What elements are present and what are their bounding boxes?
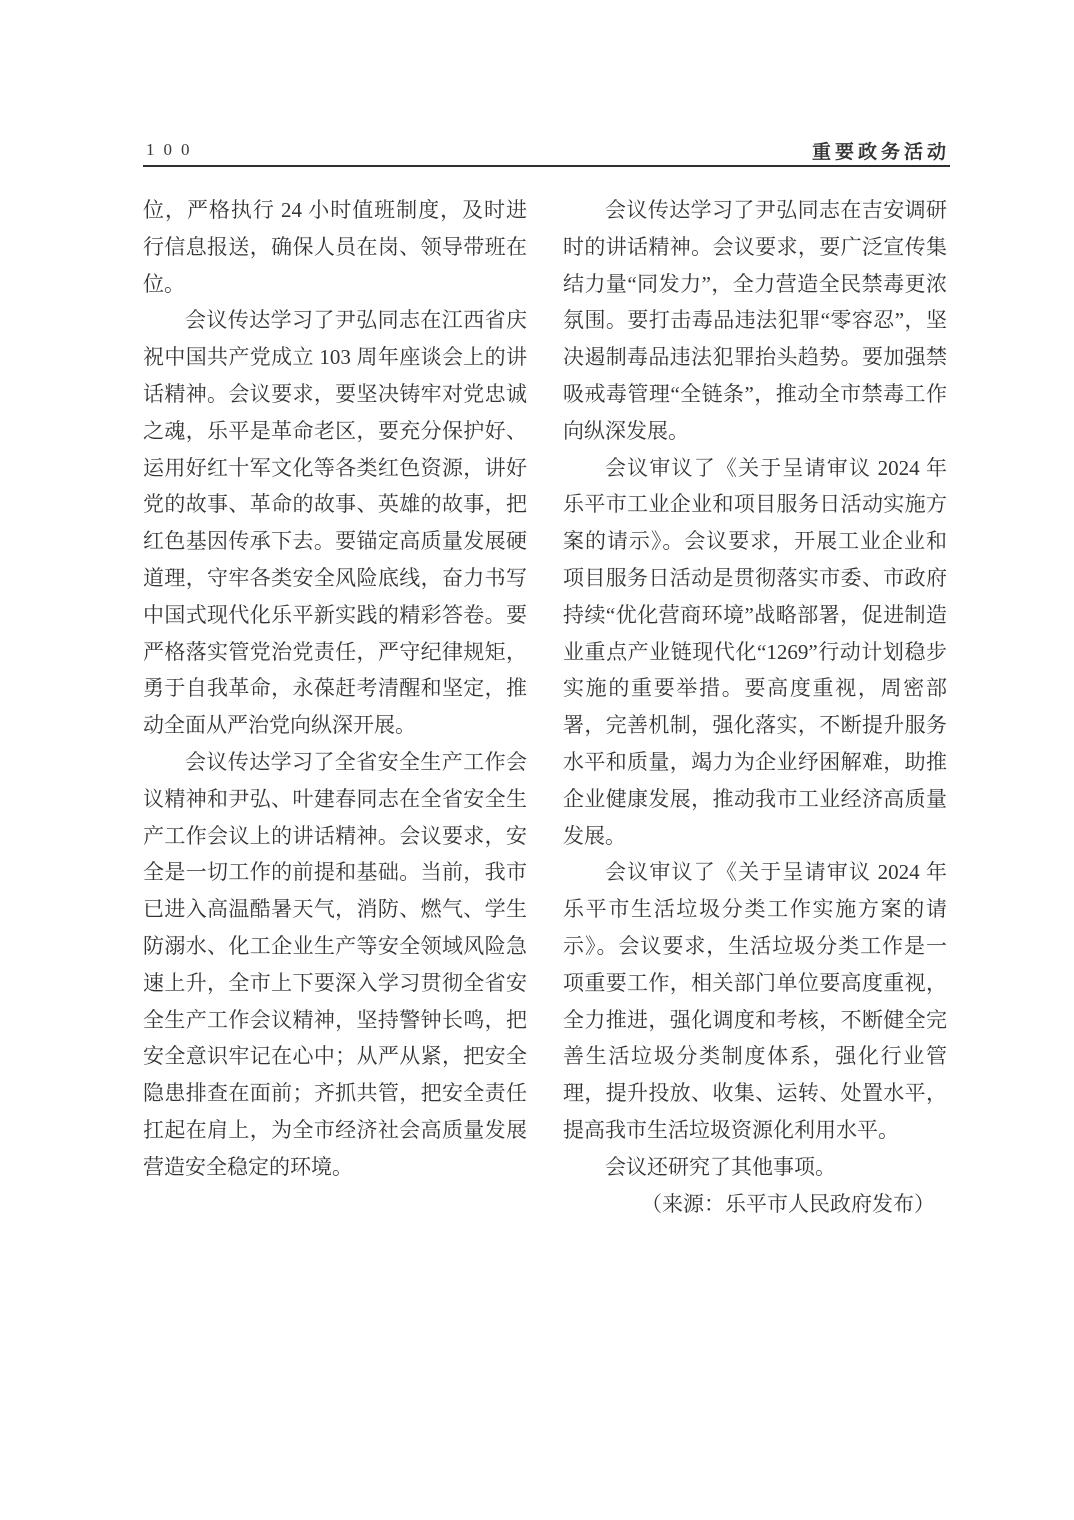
source-attribution: （来源：乐平市人民政府发布）: [563, 1186, 947, 1223]
paragraph: 会议传达学习了尹弘同志在江西省庆祝中国共产党成立 103 周年座谈会上的讲话精神…: [143, 302, 527, 744]
paragraph: 会议审议了《关于呈请审议 2024 年乐平市生活垃圾分类工作实施方案的请示》。会…: [563, 854, 947, 1148]
left-column: 位，严格执行 24 小时值班制度，及时进行信息报送，确保人员在岗、领导带班在位。…: [143, 192, 527, 1222]
paragraph: 位，严格执行 24 小时值班制度，及时进行信息报送，确保人员在岗、领导带班在位。: [143, 192, 527, 302]
document-page: 100 重要政务活动 位，严格执行 24 小时值班制度，及时进行信息报送，确保人…: [0, 0, 1074, 1520]
right-column: 会议传达学习了尹弘同志在吉安调研时的讲话精神。会议要求，要广泛宣传集结力量“同发…: [563, 192, 947, 1222]
text-columns: 位，严格执行 24 小时值班制度，及时进行信息报送，确保人员在岗、领导带班在位。…: [143, 192, 947, 1222]
page-number: 100: [146, 140, 199, 160]
paragraph: 会议传达学习了尹弘同志在吉安调研时的讲话精神。会议要求，要广泛宣传集结力量“同发…: [563, 192, 947, 450]
paragraph: 会议审议了《关于呈请审议 2024 年乐平市工业企业和项目服务日活动实施方案的请…: [563, 450, 947, 855]
paragraph: 会议传达学习了全省安全生产工作会议精神和尹弘、叶建春同志在全省安全生产工作会议上…: [143, 744, 527, 1186]
header-section-title: 重要政务活动: [812, 137, 950, 164]
header-rule: [143, 165, 950, 167]
paragraph: 会议还研究了其他事项。: [563, 1149, 947, 1186]
